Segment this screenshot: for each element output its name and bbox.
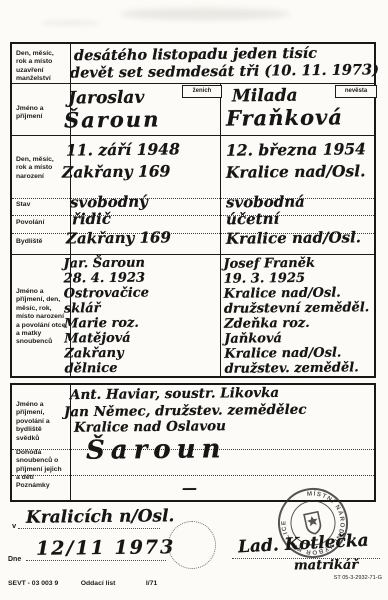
groom-parent-line: Ostrovačice	[64, 286, 149, 302]
bride-parent-line: Josef Franěk	[223, 255, 368, 272]
seal-placeholder-circle	[168, 521, 216, 569]
groom-parent-line: dělnice	[64, 361, 149, 377]
bride-birth-date: 12. března 1954	[226, 139, 366, 159]
bride-first-name: Milada	[232, 86, 298, 107]
marriage-date-line1: desátého listopadu jeden tisíc	[74, 45, 317, 65]
form-imprint-left: SEVT - 03 003 9 Oddací list I/71	[8, 572, 157, 590]
row-divider	[12, 135, 374, 136]
notes-dash: —	[182, 479, 197, 497]
label-name-surname: Jméno a příjmení	[16, 105, 66, 122]
place-prefix: v	[12, 521, 16, 530]
groom-birth-date: 11. září 1948	[66, 139, 180, 159]
row-divider-dotted	[12, 198, 374, 199]
scan-smudge	[120, 8, 290, 20]
bride-parent-line: Kralice nad/Osl.	[224, 285, 369, 302]
main-table: Den, měsíc, rok a místo uzavření manžels…	[10, 42, 376, 378]
bride-parents: Josef Franěk 19. 3. 1925 Kralice nad/Osl…	[223, 255, 370, 377]
date-underline	[26, 560, 166, 561]
marriage-certificate-scan: Den, měsíc, rok a místo uzavření manžels…	[0, 0, 388, 600]
form-code: SEVT - 03 003 9	[8, 580, 58, 587]
row-divider-dotted	[12, 215, 374, 216]
witness-2-residence: Kralice nad Oslavou	[74, 418, 226, 436]
label-parents: Jméno a příjmení, den, měsíc, rok, místo…	[16, 288, 66, 347]
label-surname-agreement: Dohoda snoubenců o příjmení jejich a dět…	[16, 449, 66, 483]
bride-parent-line: Zdeňka roz.	[224, 315, 369, 332]
row-divider	[12, 83, 374, 84]
bride-tag: nevěsta	[335, 85, 377, 98]
groom-status: svobodný	[70, 193, 148, 212]
witness-2: Jan Němec, družstev. zemědělec	[64, 402, 307, 421]
groom-parents: Jar. Šaroun 28. 4. 1923 Ostrovačice sklá…	[63, 256, 149, 377]
bride-occupation: účetní	[226, 210, 279, 229]
form-imprint-right: ST 05-3-2932-71-G	[334, 575, 382, 581]
issue-place: Kralicích n/Osl.	[26, 506, 175, 528]
stamp-emblem-star	[306, 515, 318, 527]
row-divider-dotted	[12, 475, 374, 476]
label-birth-date-place: Den, měsíc, rok a místo narození	[16, 156, 66, 181]
agreed-surname: Šaroun	[86, 434, 227, 465]
label-marital-status: Stav	[16, 201, 66, 209]
groom-first-name: Jaroslav	[68, 88, 144, 109]
witness-1: Ant. Haviar, soustr. Likovka	[70, 385, 279, 403]
registrar-title: matrikář	[294, 558, 358, 574]
groom-surname: Šaroun	[64, 106, 161, 132]
groom-parent-line: Marie roz.	[64, 316, 149, 332]
marriage-date-line2: devět set sedmdesát tři (10. 11. 1973)	[70, 61, 379, 81]
bride-parent-line: 19. 3. 1925	[224, 270, 369, 287]
groom-parent-line: sklář	[64, 301, 149, 317]
groom-birth-place: Zakřany 169	[62, 161, 171, 181]
groom-occupation: řidič	[72, 210, 111, 228]
label-occupation: Povolání	[16, 219, 66, 227]
place-underline	[18, 528, 160, 529]
groom-residence: Zakřany 169	[66, 228, 171, 247]
bride-parent-line: družstevní zeměděl.	[224, 300, 369, 317]
groom-parent-line: Zakřany	[64, 346, 149, 362]
label-residence: Bydliště	[16, 238, 66, 246]
groom-bride-column-divider	[220, 83, 221, 376]
form-title: Oddací list	[81, 580, 116, 587]
bride-birth-place: Kralice nad/Osl.	[226, 161, 366, 181]
groom-parent-line: 28. 4. 1923	[64, 271, 149, 287]
bride-residence: Kralice nad/Osl.	[226, 228, 361, 247]
bride-parent-line: Kralice nad/Osl.	[224, 345, 369, 362]
form-edition: I/71	[146, 580, 157, 587]
label-marriage-date-place: Den, měsíc, rok a místo uzavření manžels…	[16, 50, 66, 84]
groom-tag: ženich	[182, 85, 222, 98]
date-prefix: Dne	[8, 556, 21, 563]
label-witnesses: Jméno a příjmení, povolání a bydliště sv…	[16, 401, 66, 443]
registrar-signature: Lad. Kotlečka	[238, 531, 370, 558]
bride-status: svobodná	[226, 193, 305, 212]
scan-smudge	[40, 20, 100, 26]
groom-parent-line: Matějová	[64, 331, 149, 347]
issue-date: 12/11 1973	[36, 536, 176, 559]
bride-parent-line: družstev. zeměděl.	[224, 360, 369, 377]
label-notes: Poznámky	[16, 482, 66, 490]
bride-surname: Fraňková	[226, 104, 343, 130]
bride-parent-line: Jaňková	[224, 330, 369, 347]
groom-parent-line: Jar. Šaroun	[63, 256, 148, 272]
